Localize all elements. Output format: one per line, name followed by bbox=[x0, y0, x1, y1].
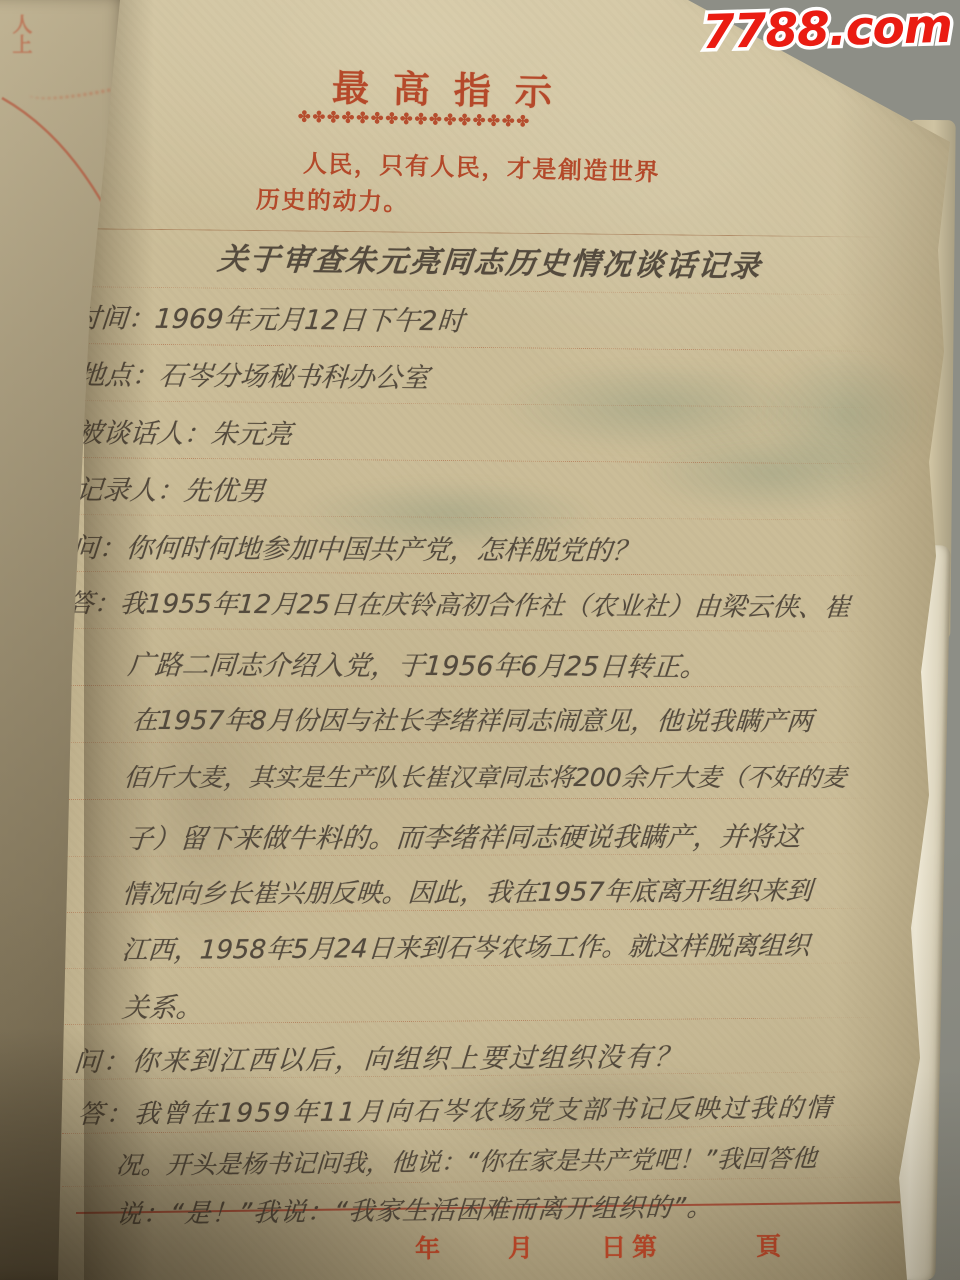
ruled-line bbox=[62, 400, 880, 408]
site-watermark: 7788.com 7788.com bbox=[702, 0, 953, 60]
ghost-show-through-text: 人上 bbox=[6, 14, 35, 54]
handwritten-line: 说：“是！”我说：“我家生活困难而离开组织的”。 bbox=[115, 1187, 715, 1231]
handwritten-line: 问：你何时何地参加中国共产党，怎样脱党的？ bbox=[71, 526, 641, 568]
ruled-line bbox=[62, 228, 880, 238]
handwritten-line: 况。开头是杨书记问我，他说：“你在家是共产党吧！”我回答他 bbox=[115, 1139, 818, 1182]
handwritten-line: 佰斤大麦，其实是生产队长崔汉章同志将200余斤大麦（不好的麦 bbox=[123, 758, 848, 794]
ruled-line bbox=[62, 798, 880, 800]
masthead-ornament-row: ✤✤✤✤✤✤✤✤✤✤✤✤✤✤✤✤ bbox=[298, 108, 531, 132]
handwritten-line: 答：我1955年12月25日在庆铃高初合作社（农业社）由梁云侠、崔 bbox=[67, 583, 852, 624]
handwritten-line: 在1957年8月份因与社长李绪祥同志闹意见，他说我瞒产两 bbox=[131, 700, 814, 738]
handwritten-line: 时间：1969年元月12日下午2时 bbox=[72, 296, 465, 338]
notebook-page: 最高指示 ✤✤✤✤✤✤✤✤✤✤✤✤✤✤✤✤ 人民，只有人民，才是創造世界 历史的… bbox=[0, 0, 960, 1280]
watermark-text: 7788.com bbox=[702, 0, 953, 60]
show-through-smudge bbox=[760, 350, 930, 480]
masthead-title: 最高指示 bbox=[331, 57, 576, 116]
handwritten-line: 江西，1958年5月24日来到石岑农场工作。就这样脱离组织 bbox=[121, 925, 811, 967]
ruled-line bbox=[62, 286, 880, 296]
handwritten-line: 答：我曾在1959年11月向石岑农场党支部书记反映过我的情 bbox=[77, 1087, 835, 1131]
show-through-smudge bbox=[640, 430, 910, 515]
handwritten-line: 广路二同志介绍入党，于1956年6月25日转正。 bbox=[127, 643, 709, 684]
masthead-quote-line2: 历史的动力。 bbox=[256, 180, 410, 218]
handwritten-line: 关系。 bbox=[121, 986, 205, 1025]
ruled-line bbox=[62, 685, 880, 687]
handwritten-line: 被谈话人：朱元亮 bbox=[75, 411, 294, 451]
handwritten-line: 记录人：先优男 bbox=[75, 468, 267, 508]
ruled-line bbox=[62, 514, 880, 521]
ruled-line bbox=[62, 628, 880, 632]
ruled-line bbox=[62, 457, 880, 464]
handwritten-line: 情况向乡长崔兴朋反映。因此，我在1957年底离开组织来到 bbox=[121, 870, 814, 911]
footer-date-page-line: 年 月 日第 頁 bbox=[415, 1227, 787, 1266]
handwritten-line: 问：你来到江西以后，向组织上要过组织没有？ bbox=[73, 1035, 684, 1079]
handwritten-line: 地点：石岑分场秘书科办公室 bbox=[76, 353, 430, 395]
photo-frame: 最高指示 ✤✤✤✤✤✤✤✤✤✤✤✤✤✤✤✤ 人民，只有人民，才是創造世界 历史的… bbox=[0, 0, 960, 1280]
document-title: 关于审查朱元亮同志历史情况谈话记录 bbox=[216, 234, 764, 286]
ruled-line bbox=[62, 571, 880, 576]
ruled-line bbox=[62, 742, 880, 743]
handwritten-line: 子）留下来做牛料的。而李绪祥同志硬说我瞒产，并将这 bbox=[125, 815, 803, 856]
ruled-line bbox=[62, 343, 880, 352]
